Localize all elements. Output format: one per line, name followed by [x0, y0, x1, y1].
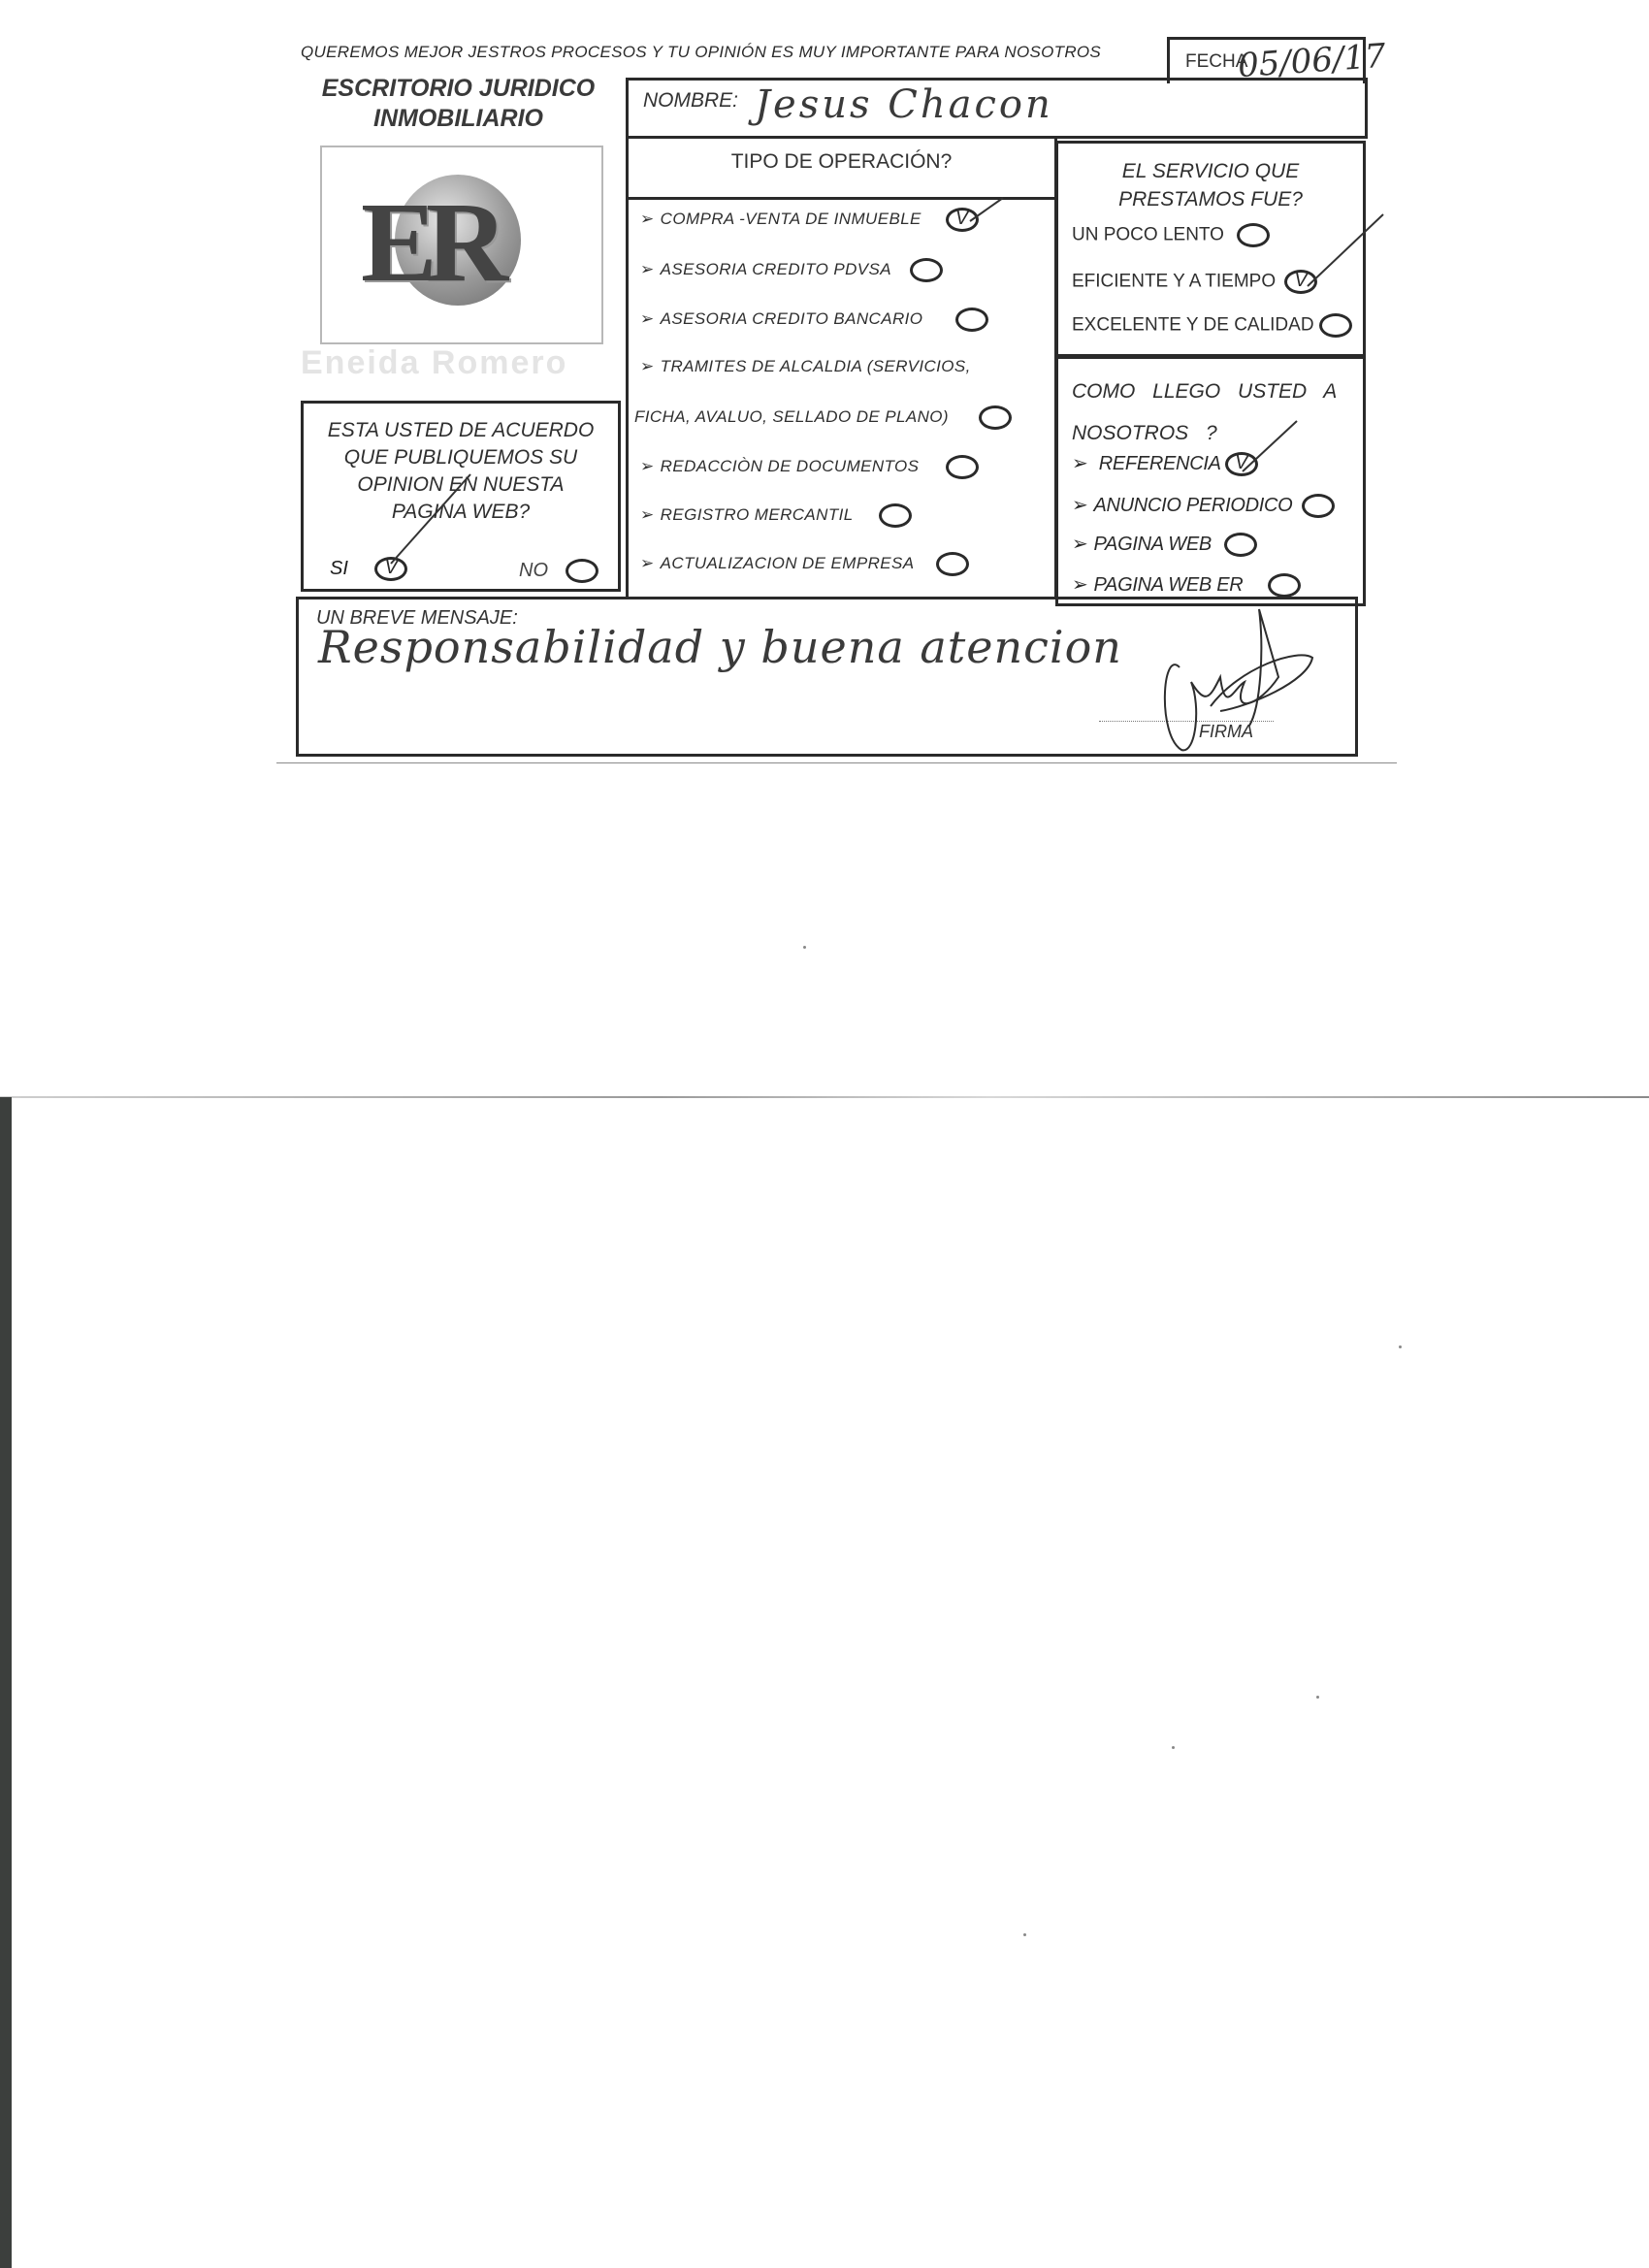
signature-scribble	[1152, 590, 1327, 755]
arrow-bullet-icon: ➢	[640, 554, 655, 572]
radio-un-poco-lento[interactable]	[1237, 223, 1270, 247]
radio-anuncio-periodico[interactable]	[1302, 494, 1335, 518]
option-anuncio-periodico[interactable]: ➢ANUNCIO PERIODICO	[1072, 493, 1335, 518]
option-pagina-web[interactable]: ➢PAGINA WEB	[1072, 532, 1257, 557]
radio-excelente[interactable]	[1319, 313, 1352, 338]
form-bottom-edge	[276, 762, 1397, 763]
option-un-poco-lento[interactable]: UN POCO LENTO	[1072, 223, 1270, 247]
arrow-bullet-icon: ➢	[640, 357, 655, 375]
referral-section: COMO LLEGO USTED A NOSOTROS ? ➢ REFERENC…	[1055, 354, 1366, 606]
company-name-line2: INMOBILIARIO	[296, 104, 621, 134]
radio-si[interactable]	[374, 557, 407, 581]
arrow-bullet-icon: ➢	[640, 260, 655, 278]
radio-asesoria-pdvsa[interactable]	[910, 258, 943, 282]
option-si[interactable]: SI	[330, 557, 407, 581]
radio-compra-venta[interactable]	[946, 208, 979, 232]
option-no[interactable]: NO	[519, 559, 598, 583]
company-name-line1: ESCRITORIO JURIDICO	[296, 74, 621, 104]
name-label: NOMBRE:	[643, 89, 738, 113]
message-value[interactable]: Responsabilidad y buena atencion	[318, 621, 1122, 673]
operation-type-header: TIPO DE OPERACIÓN?	[626, 136, 1057, 200]
arrow-bullet-icon: ➢	[640, 309, 655, 328]
option-asesoria-pdvsa[interactable]: ➢ASESORIA CREDITO PDVSA	[640, 258, 943, 282]
name-value: Jesus Chacon	[755, 82, 1053, 127]
operation-type-title: TIPO DE OPERACIÓN?	[629, 150, 1054, 174]
scan-speck	[1316, 1696, 1319, 1699]
radio-no[interactable]	[566, 559, 598, 583]
company-logo: ER	[320, 146, 603, 344]
option-eficiente[interactable]: EFICIENTE Y A TIEMPO	[1072, 270, 1317, 294]
arrow-bullet-icon: ➢	[640, 457, 655, 475]
arrow-bullet-icon: ➢	[1072, 495, 1087, 516]
radio-registro-mercantil[interactable]	[879, 503, 912, 528]
date-field[interactable]: FECHA 05/06/17	[1167, 37, 1366, 83]
scan-speck	[1023, 1933, 1026, 1936]
referral-title: COMO LLEGO USTED A NOSOTROS ?	[1072, 371, 1353, 454]
publish-consent-section: ESTA USTED DE ACUERDO QUE PUBLIQUEMOS SU…	[301, 401, 621, 592]
scan-speck	[1172, 1746, 1175, 1749]
publish-consent-question: ESTA USTED DE ACUERDO QUE PUBLIQUEMOS SU…	[304, 417, 618, 526]
radio-asesoria-bancario[interactable]	[955, 308, 988, 332]
option-tramites-alcaldia[interactable]: ➢TRAMITES DE ALCALDIA (SERVICIOS,	[640, 357, 971, 376]
option-tramites-alcaldia-line2[interactable]: FICHA, AVALUO, SELLADO DE PLANO)	[634, 405, 1012, 430]
logo-letters: ER	[361, 177, 497, 308]
option-excelente[interactable]: EXCELENTE Y DE CALIDAD	[1072, 313, 1352, 338]
option-redaccion[interactable]: ➢REDACCIÒN DE DOCUMENTOS	[640, 455, 979, 479]
option-registro-mercantil[interactable]: ➢REGISTRO MERCANTIL	[640, 503, 912, 528]
arrow-bullet-icon: ➢	[1072, 453, 1087, 474]
scanner-edge-bar	[0, 1097, 12, 2268]
arrow-bullet-icon: ➢	[640, 210, 655, 228]
arrow-bullet-icon: ➢	[1072, 534, 1087, 555]
radio-eficiente[interactable]	[1284, 270, 1317, 294]
radio-referencia[interactable]	[1225, 452, 1258, 476]
service-rating-section: EL SERVICIO QUE PRESTAMOS FUE? UN POCO L…	[1055, 141, 1366, 359]
name-field[interactable]: NOMBRE: Jesus Chacon	[626, 78, 1368, 139]
arrow-bullet-icon: ➢	[1072, 574, 1087, 596]
radio-tramites-alcaldia[interactable]	[979, 405, 1012, 430]
company-name: ESCRITORIO JURIDICO INMOBILIARIO	[296, 74, 621, 134]
operation-type-options: ➢COMPRA -VENTA DE INMUEBLE ➢ASESORIA CRE…	[626, 197, 1057, 599]
option-actualizacion-empresa[interactable]: ➢ACTUALIZACION DE EMPRESA	[640, 552, 969, 576]
radio-actualizacion-empresa[interactable]	[936, 552, 969, 576]
message-section: UN BREVE MENSAJE: Responsabilidad y buen…	[296, 597, 1358, 757]
scan-speck	[803, 946, 806, 949]
option-referencia[interactable]: ➢ REFERENCIA	[1072, 451, 1258, 476]
scanned-sheet-edge	[0, 1096, 1649, 1098]
form-intro-text: QUEREMOS MEJOR JESTROS PROCESOS Y TU OPI…	[301, 43, 1101, 62]
logo-caption: Eneida Romero	[301, 344, 621, 382]
option-asesoria-bancario[interactable]: ➢ASESORIA CREDITO BANCARIO	[640, 308, 988, 332]
option-compra-venta[interactable]: ➢COMPRA -VENTA DE INMUEBLE	[640, 208, 979, 232]
arrow-bullet-icon: ➢	[640, 505, 655, 524]
scan-speck	[1399, 1345, 1402, 1348]
radio-redaccion[interactable]	[946, 455, 979, 479]
radio-pagina-web[interactable]	[1224, 533, 1257, 557]
service-rating-title: EL SERVICIO QUE PRESTAMOS FUE?	[1058, 157, 1363, 213]
